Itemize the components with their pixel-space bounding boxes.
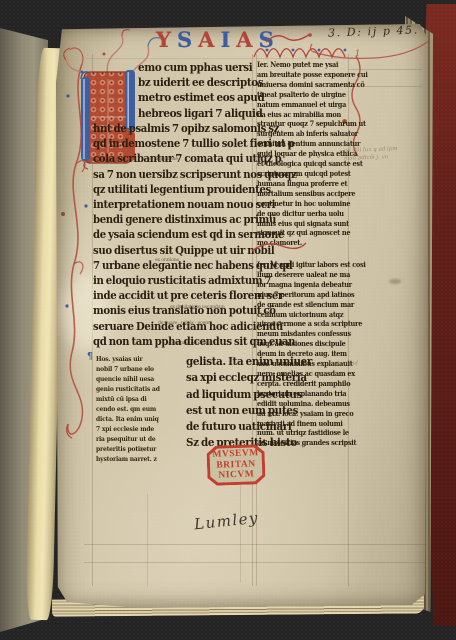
- text-line: genio rusticitatis ad: [96, 385, 160, 395]
- ruling-line: [147, 494, 148, 586]
- text-line: ad xxx. loca. ysaiam in greco: [257, 409, 349, 419]
- section-break-flourish: [252, 242, 308, 254]
- gloss-column: Hos. ysaias uirnobil 7 urbane eloquencie…: [96, 355, 160, 465]
- manuscript-photograph: YSAIAS 3. D: ij p 45. 1: [0, 0, 456, 640]
- margin-note: dividend: [334, 361, 358, 368]
- text-line: hebreos ligari 7 aliquid: [138, 106, 264, 121]
- text-line: uniuersa domini sacramenta cō: [257, 80, 349, 90]
- text-line: emo cum pphas uersi: [138, 60, 264, 75]
- text-line: na eius ac mirabilia mon: [257, 110, 349, 120]
- text-line: mixtū cū ipsa di: [96, 395, 160, 405]
- interlinear-gloss: ex demostene: [148, 157, 178, 162]
- text-line: et theologica quicqd sancte est: [257, 159, 349, 169]
- text-line: ior magna ingenia debeatur: [257, 280, 349, 290]
- manuscript-page: YSAIAS 3. D: ij p 45. 1: [56, 24, 428, 608]
- text-line: Ier. M agni igitur labors est cosi: [257, 260, 349, 270]
- text-line: tineat psalterio de uirgine: [257, 90, 349, 100]
- folio-tick: 1: [355, 49, 360, 58]
- interlinear-gloss: ex oratione: [155, 258, 179, 263]
- text-line: scripturarum quicqd potest: [257, 169, 349, 179]
- parchment-smudge: [389, 279, 401, 284]
- text-line: martyrii ad finem uolumi: [257, 419, 349, 429]
- text-line: 7 xpi ecclesie mde: [96, 425, 160, 435]
- margin-note: ad dñi lux q ad ipm: [344, 146, 398, 154]
- main-text-indented-lines: emo cum pphas uersibz uiderit ee descrip…: [138, 60, 264, 121]
- title-letter: Y: [156, 27, 177, 52]
- text-line: deum in decreto aug. item: [257, 349, 349, 359]
- title-letter: A: [198, 27, 220, 52]
- text-line: surgentem ab inferis saluator: [257, 129, 349, 139]
- interlinear-gloss: ex dubitatione uocandum: [170, 305, 225, 310]
- text-line: minis eius qui signata sunt: [257, 219, 349, 229]
- text-line: quid loquar de physica ethica: [257, 149, 349, 159]
- text-line: de grande est silencium mar: [257, 300, 349, 310]
- title-letter: I: [220, 27, 236, 52]
- text-line: strantur quoqz 7 sepulchrum ut: [257, 119, 349, 129]
- text-line: humana lingua proferre et: [257, 179, 349, 189]
- text-line: niue 7 peritorum apd latinos: [257, 290, 349, 300]
- text-line: natum emmanuel et uirga: [257, 100, 349, 110]
- text-line: lium deserere ualeat ne ma: [257, 270, 349, 280]
- text-line: signauit qz qui agnoscet ne: [257, 228, 349, 238]
- text-line: uiros sermone a scda scripture: [257, 319, 349, 329]
- text-line: mortalium sensibus accipere: [257, 189, 349, 199]
- stamp-line: NICVM: [218, 470, 254, 482]
- text-line: meum misdantes confessus: [257, 329, 349, 339]
- text-line: ria psequitur ut de: [96, 435, 160, 445]
- text-line: nobil 7 urbane elo: [96, 365, 160, 375]
- text-line: quencie nihil uesa: [96, 375, 160, 385]
- text-line: de quo dicitur uerba uolu: [257, 209, 349, 219]
- text-line: am breuitate posse exponere cui: [257, 70, 349, 80]
- text-line: hystoriam explanando tria: [257, 389, 349, 399]
- blue-paraph-mark: ¶: [87, 352, 93, 362]
- text-line: edidit uolumina. debeamus: [257, 399, 349, 409]
- text-line: cerpta. crediderit pamphilo: [257, 379, 349, 389]
- text-line: bz uiderit ee descriptos: [138, 75, 264, 90]
- text-line: continetur in hoc uolumine: [257, 199, 349, 209]
- text-line: metro estimet eos apud: [138, 90, 264, 105]
- text-line: omnium gentium annunciatur: [257, 139, 349, 149]
- right-text-column-paragraph-2: Ier. M agni igitur labors est cosilium d…: [257, 260, 349, 448]
- ruling-line: [84, 562, 436, 563]
- right-text-column-paragraph-1: Ier. Nemo putet me ysaiam breuitate poss…: [257, 60, 349, 248]
- museum-stamp: MVSEVMBRITANNICVM: [206, 444, 265, 486]
- interlinear-gloss: seruam in ecce uidere: [168, 341, 216, 346]
- text-line: cellinum uictorinum atqz: [257, 310, 349, 320]
- margin-note: mañ pdicōi j. vo: [344, 154, 388, 162]
- text-line: num. ut utriqz fastidiose le: [257, 428, 349, 438]
- title-letter: S: [177, 27, 198, 52]
- ink-cross-mark: +: [140, 447, 145, 454]
- text-line: usqz ad uisiones discipule: [257, 339, 349, 349]
- text-line: Hos. ysaias uir: [96, 355, 160, 365]
- ruling-line: [84, 544, 436, 545]
- interlinear-gloss: de quare · uidelz · poem: [158, 321, 209, 326]
- ink-cross-mark: +: [300, 443, 305, 450]
- museum-stamp-text: MVSEVMBRITANNICVM: [209, 447, 263, 484]
- text-line: dicta. Ita enim uniq: [96, 415, 160, 425]
- text-line: uero. omelias ac quasdam ex: [257, 369, 349, 379]
- text-line: cendo est. qm eum: [96, 405, 160, 415]
- text-line: hystoriam narret. z: [96, 455, 160, 465]
- text-line: preteritis potiretur: [96, 445, 160, 455]
- lumley-inscription: Lumley: [193, 509, 260, 534]
- text-line: Ier. Nemo putet me ysai: [257, 60, 349, 70]
